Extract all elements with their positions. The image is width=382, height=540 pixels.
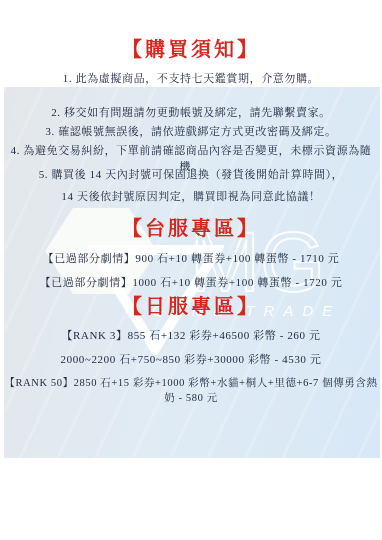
- jp-item-3: 【RANK 50】2850 石+15 彩券+1000 彩幣+水貓+桐人+里德+6…: [0, 375, 382, 405]
- purchase-notice-page: MG GAME TRADE 【購買須知】 1. 此為虛擬商品，不支持七天鑑賞期，…: [0, 0, 382, 540]
- notice-line-1: 1. 此為虛擬商品，不支持七天鑑賞期，介意勿購。: [0, 70, 382, 86]
- notice-line-6: 14 天後依封號原因判定，購買即視為同意此協議！: [0, 188, 382, 204]
- notice-line-5: 5. 購買後 14 天內封號可保固退換（發貨後開始計算時間），: [0, 166, 382, 182]
- tw-item-1: 【已過部分劇情】900 石+10 轉蛋券+100 轉蛋幣 - 1710 元: [0, 250, 382, 266]
- page-title: 【購買須知】: [0, 33, 382, 62]
- jp-item-2: 2000~2200 石+750~850 彩券+30000 彩幣 - 4530 元: [0, 351, 382, 367]
- notice-line-2: 2. 移交如有問題請勿更動帳號及綁定，請先聯繫賣家。: [0, 104, 382, 120]
- jp-section-title: 【日服專區】: [0, 290, 382, 319]
- tw-item-2: 【已過部分劇情】1000 石+10 轉蛋券+100 轉蛋幣 - 1720 元: [0, 274, 382, 290]
- jp-item-1: 【RANK 3】855 石+132 彩券+46500 彩幣 - 260 元: [0, 327, 382, 343]
- tw-section-title: 【台服專區】: [0, 212, 382, 241]
- notice-line-3: 3. 確認帳號無誤後，請依遊戲綁定方式更改密碼及綁定。: [0, 123, 382, 139]
